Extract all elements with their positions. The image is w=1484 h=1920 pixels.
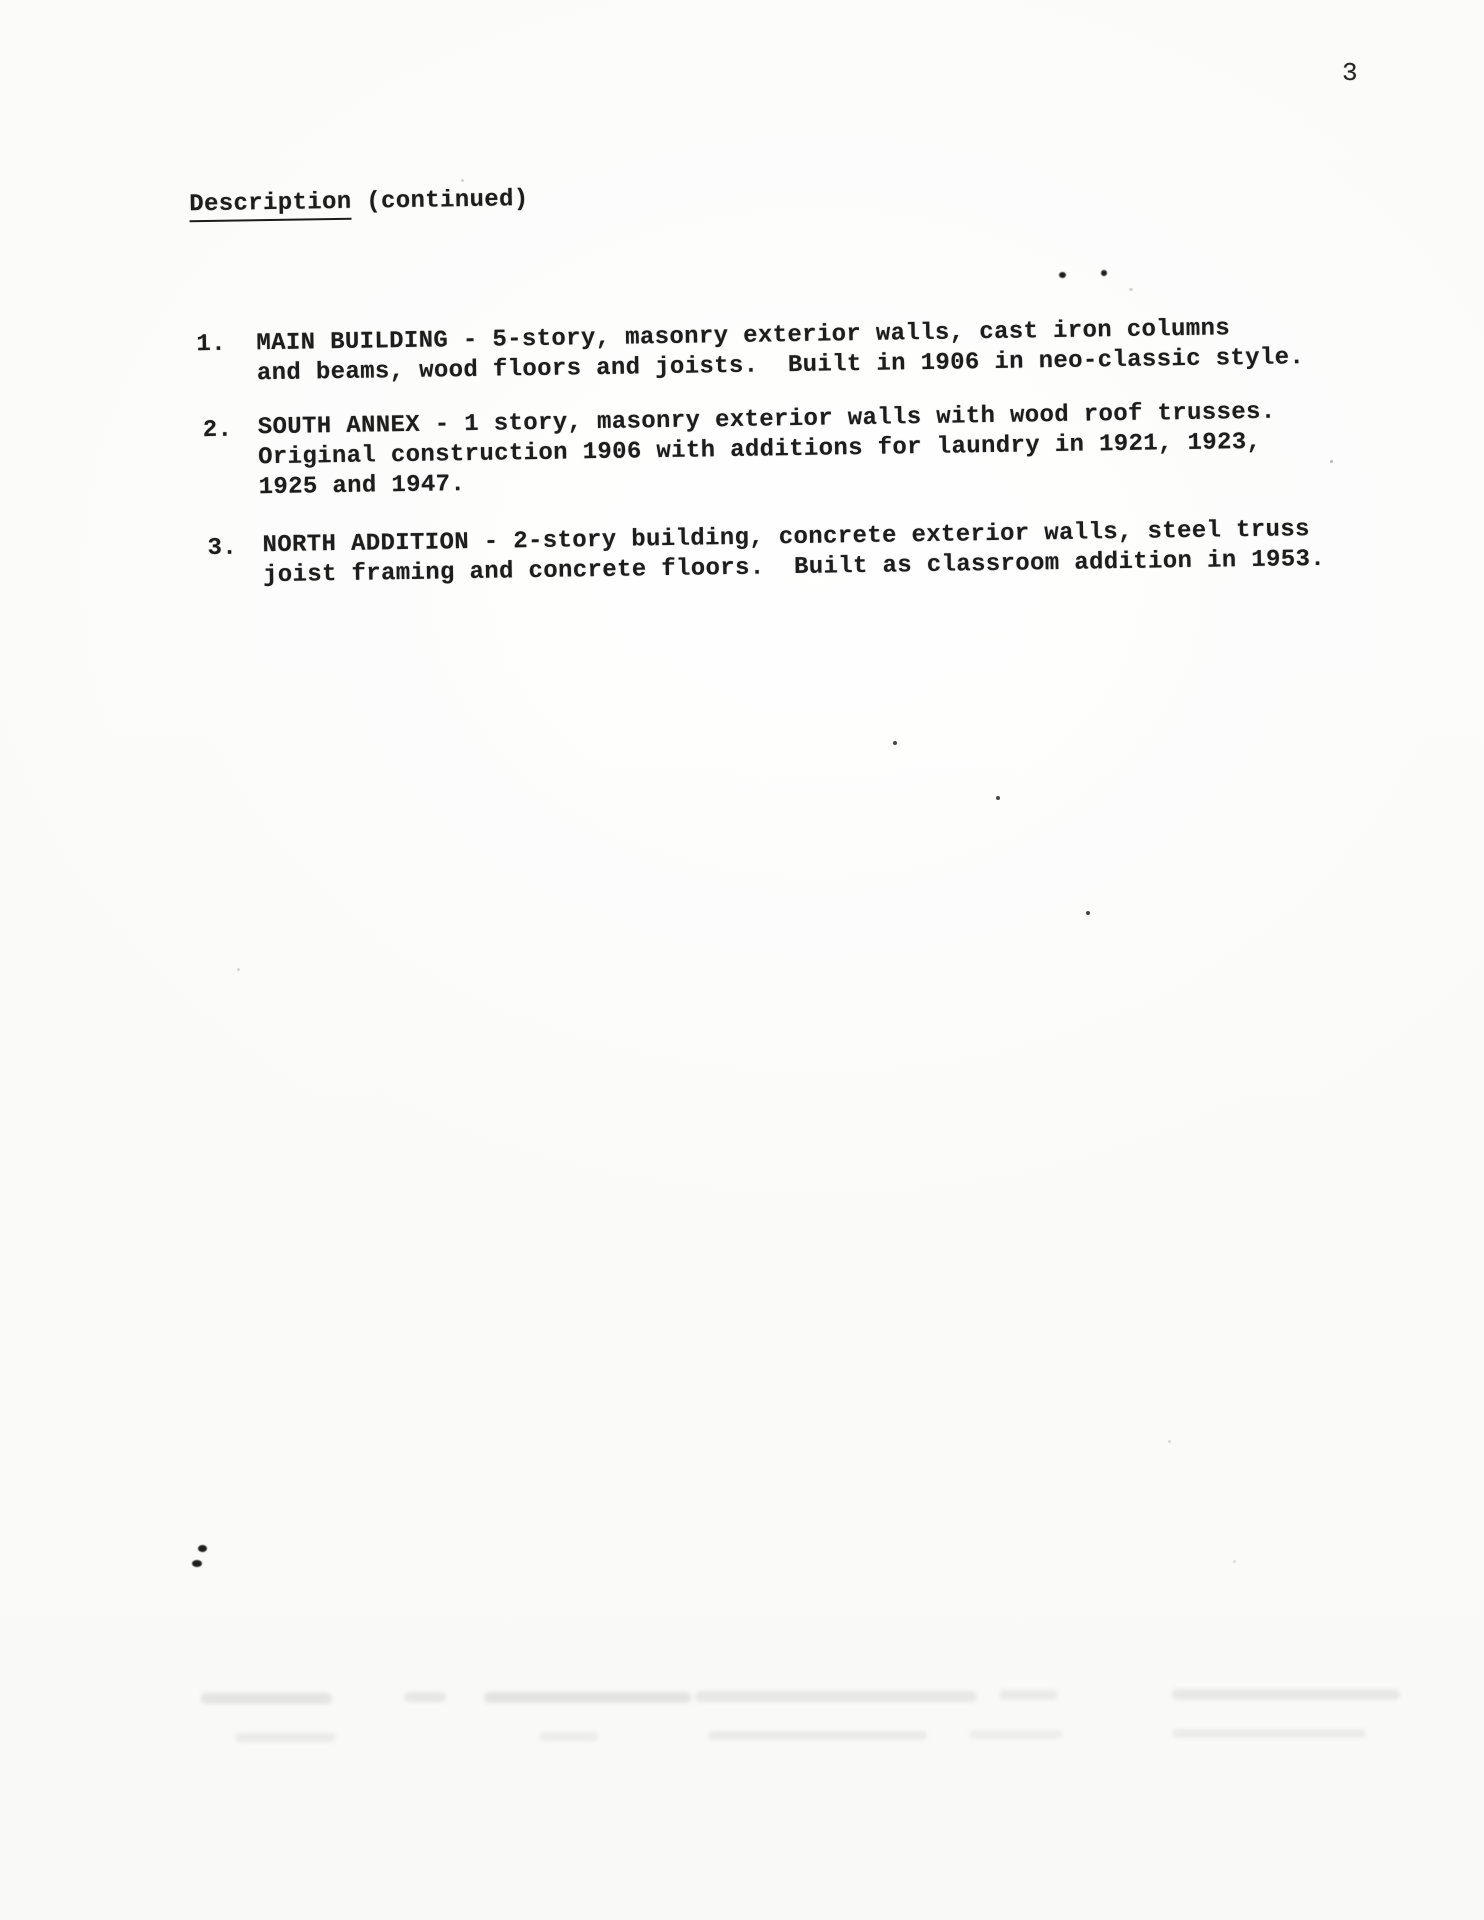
list-item-number: 3. xyxy=(207,534,237,564)
list-item: MAIN BUILDING - 5-story, masonry exterio… xyxy=(256,313,1304,389)
scan-speck xyxy=(1330,460,1333,463)
ink-mark xyxy=(192,1560,202,1567)
scan-speck xyxy=(1129,288,1133,291)
scan-speck xyxy=(1086,911,1090,915)
list-item: NORTH ADDITION - 2-story building, concr… xyxy=(262,515,1325,591)
typed-content: Description (continued) 1. MAIN BUILDING… xyxy=(0,0,1484,1920)
stray-period-mark xyxy=(1101,270,1107,276)
scan-speck xyxy=(893,741,897,745)
scan-speck xyxy=(237,968,240,971)
scan-speck xyxy=(461,179,464,182)
heading-title: Description xyxy=(189,189,352,222)
stray-period-mark xyxy=(1059,272,1066,278)
heading-suffix: (continued) xyxy=(351,186,528,216)
list-item: SOUTH ANNEX - 1 story, masonry exterior … xyxy=(258,398,1277,504)
section-heading: Description (continued) xyxy=(189,185,529,220)
list-item-number: 2. xyxy=(203,416,233,446)
ink-mark xyxy=(198,1545,207,1552)
scan-speck xyxy=(1233,1560,1236,1563)
list-item-number: 1. xyxy=(196,330,226,360)
scan-speck xyxy=(1168,1440,1171,1443)
scan-speck xyxy=(996,796,1000,800)
